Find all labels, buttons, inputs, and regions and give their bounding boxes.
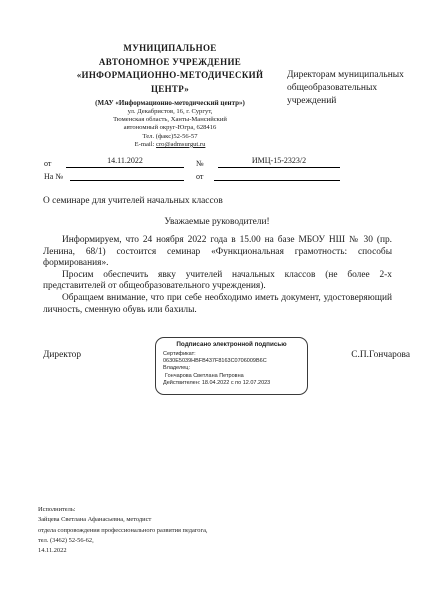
signer-name: С.П.Гончарова bbox=[351, 350, 410, 360]
from-label: от bbox=[44, 159, 66, 168]
org-name-line: АВТОНОМНОЕ УЧРЕЖДЕНИЕ bbox=[55, 56, 285, 70]
signer-position: Директор bbox=[43, 350, 81, 360]
executor-block: Исполнитель: Зайцева Светлана Афанасьевн… bbox=[38, 505, 208, 556]
in-reply-to-label: На № bbox=[44, 172, 70, 181]
recipient-block: Директорам муниципальных общеобразовател… bbox=[287, 69, 419, 108]
greeting: Уважаемые руководители! bbox=[43, 217, 391, 227]
executor-label: Исполнитель: bbox=[38, 505, 208, 515]
email-line: E-mail: cro@admsurgut.ru bbox=[55, 141, 285, 149]
letter-date: 14.11.2022 bbox=[66, 156, 184, 168]
reference-block: от 14.11.2022 № ИМЦ-15-2323/2 На № от bbox=[44, 155, 344, 181]
org-name-line: «ИНФОРМАЦИОННО-МЕТОДИЧЕСКИЙ bbox=[55, 69, 285, 83]
body-paragraph: Обращаем внимание, что при себе необходи… bbox=[43, 293, 392, 316]
letter-body: Информируем, что 24 ноября 2022 года в 1… bbox=[43, 235, 392, 316]
validity-period: Действителен: 18.04.2022 с по 12.07.2023 bbox=[163, 380, 300, 387]
of-date-label: от bbox=[196, 172, 214, 181]
blank-line bbox=[214, 169, 340, 181]
letterhead: МУНИЦИПАЛЬНОЕ АВТОНОМНОЕ УЧРЕЖДЕНИЕ «ИНФ… bbox=[55, 42, 285, 149]
reference-row-outgoing: от 14.11.2022 № ИМЦ-15-2323/2 bbox=[44, 155, 344, 168]
certificate-number: 0630E5039HBFB437F8163C0706009B6C bbox=[163, 358, 300, 365]
stamp-title: Подписано электронной подписью bbox=[163, 341, 300, 349]
address-line: автономный округ-Югра, 628416 bbox=[55, 124, 285, 132]
body-paragraph: Просим обеспечить явку учителей начальны… bbox=[43, 270, 392, 293]
reference-row-incoming: На № от bbox=[44, 168, 344, 181]
owner-name: Гончарова Светлана Петровна bbox=[163, 373, 300, 380]
body-paragraph: Информируем, что 24 ноября 2022 года в 1… bbox=[43, 235, 392, 270]
executor-date: 14.11.2022 bbox=[38, 546, 208, 556]
address-line: Тюменская область, Ханты-Мансийский bbox=[55, 116, 285, 124]
number-label: № bbox=[196, 159, 218, 168]
org-name-line: МУНИЦИПАЛЬНОЕ bbox=[55, 42, 285, 56]
letter-page: МУНИЦИПАЛЬНОЕ АВТОНОМНОЕ УЧРЕЖДЕНИЕ «ИНФ… bbox=[0, 0, 424, 600]
e-signature-stamp: Подписано электронной подписью Сертифика… bbox=[155, 337, 308, 395]
letter-number: ИМЦ-15-2323/2 bbox=[218, 156, 340, 168]
executor-phone: тел. (3462) 52-56-62, bbox=[38, 536, 208, 546]
org-short-name: (МАУ «Информационно-методический центр») bbox=[55, 98, 285, 108]
blank-line bbox=[70, 169, 184, 181]
phone-line: Тел. (факс)52-56-57 bbox=[55, 133, 285, 141]
email-link[interactable]: cro@admsurgut.ru bbox=[156, 141, 205, 148]
subject-line: О семинаре для учителей начальных классо… bbox=[43, 196, 223, 206]
address-line: ул. Декабристов, 16, г. Сургут, bbox=[55, 108, 285, 116]
owner-label: Владелец: bbox=[163, 365, 300, 372]
executor-department: отдела сопровождения профессионального р… bbox=[38, 526, 208, 536]
email-label: E-mail: bbox=[135, 141, 156, 148]
org-name-line: ЦЕНТР» bbox=[55, 83, 285, 97]
executor-name: Зайцева Светлана Афанасьевна, методист bbox=[38, 515, 208, 525]
certificate-label: Сертификат: bbox=[163, 351, 300, 358]
